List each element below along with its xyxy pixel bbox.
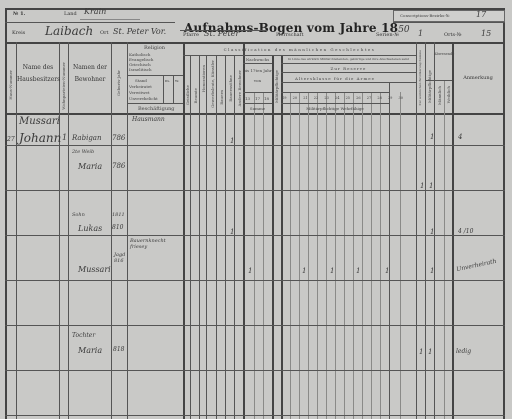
ort-label: Ort <box>100 30 109 36</box>
religion-title: Religion <box>144 45 165 51</box>
orts-label: Orts-№ <box>444 32 462 38</box>
kreis-value: Laibach <box>45 24 93 38</box>
party-number: 1 <box>62 133 67 142</box>
serien-label: Serien-№ <box>376 32 399 38</box>
religion-rows: Katholisch Evangelisch Griechisch Israel… <box>129 52 154 72</box>
remarks-header: Anmerkung <box>453 75 503 81</box>
absent-header: Abwesende <box>434 52 452 56</box>
pfarre-value: St. Peter <box>204 29 239 38</box>
status-title: Stand <box>135 78 147 83</box>
status-rows: Verheiratet Verwitwet Unverehelicht <box>129 84 158 102</box>
resident-name: Rabigan <box>72 134 102 142</box>
house-nr-header: Haus-Nummer <box>8 70 13 100</box>
resident-name: Maria <box>78 346 102 355</box>
birth-year: 786 <box>112 134 125 142</box>
classification-title: Classification des männlichen Geschlecht… <box>183 47 416 52</box>
land-label: Land <box>64 11 77 17</box>
conscription-value: 17 <box>476 10 486 19</box>
birth-year: 818 <box>113 346 124 353</box>
nachwuchs-title: Nachwuchs <box>243 57 272 62</box>
remark: 4 <box>458 133 462 141</box>
party-nr-header: Wohnparteien-Nummer <box>61 62 66 110</box>
birth-year: 810 <box>112 224 123 231</box>
remark: ledig <box>456 348 471 355</box>
age-title: Altersklasse für die Armee <box>281 76 389 81</box>
conscription-box: Conscriptions-Bezirks-№ 17 <box>393 10 505 22</box>
resident-header: Namen der Bewohner <box>69 62 111 86</box>
remark: Unverheirath <box>456 258 497 273</box>
occupation-header: Beschäftigung <box>138 106 175 112</box>
reserve-header: Zur Reserve <box>281 66 416 71</box>
land-value: Krain <box>84 7 106 16</box>
birth-year-header: Geburts-Jahr <box>116 70 121 96</box>
resident-name: Mussari <box>78 265 111 274</box>
form-number: № 1. <box>13 11 25 17</box>
ort-value: St. Peter Vor. <box>113 27 166 36</box>
total-header: Zur weiblichen Bevölkerung Summe <box>418 50 422 105</box>
militia-title: In Linie des wirklich Militär-Stehenden,… <box>281 57 416 61</box>
birth-year: Jagd 816 <box>114 252 124 264</box>
age-cols: 19 20 21 22 23 24 25 26 27 28 29 30 <box>282 96 403 100</box>
orts-value: 15 <box>481 29 491 38</box>
table-row: 27 Mussari Johann 1 Rabigan 786 Hausmann… <box>0 113 512 145</box>
owner-header: Name des Hausbesitzers <box>17 62 59 86</box>
table-row: 2te Weib Maria 786 1 1 <box>0 145 512 190</box>
herrschaft-label: Herrschaft <box>276 32 304 38</box>
remark: 4 /10 <box>458 228 473 235</box>
resident-name: Lukas <box>78 224 102 233</box>
occupation: Hausmann <box>132 116 165 123</box>
table-row: Tochter Maria 818 1 1 ledig <box>0 325 512 370</box>
owner-firstname: Johann <box>19 131 61 145</box>
census-form: № 1. Land Krain Aufnahms-Bogen vom Jahre… <box>0 0 512 419</box>
owner-surname: Mussari <box>19 116 60 127</box>
table-row: Bauernknecht friesey Mussari Jagd 816 1 … <box>0 235 512 280</box>
birth-year: 786 <box>112 162 125 170</box>
serien-value: 1 <box>418 29 423 38</box>
table-top <box>5 42 505 44</box>
resident-name: Maria <box>78 162 102 171</box>
kreis-label: Kreis <box>12 30 25 36</box>
occupation: Bauernknecht friesey <box>130 238 180 250</box>
pfarre-label: Pfarre <box>183 32 199 38</box>
house-number: 27 <box>7 136 15 143</box>
